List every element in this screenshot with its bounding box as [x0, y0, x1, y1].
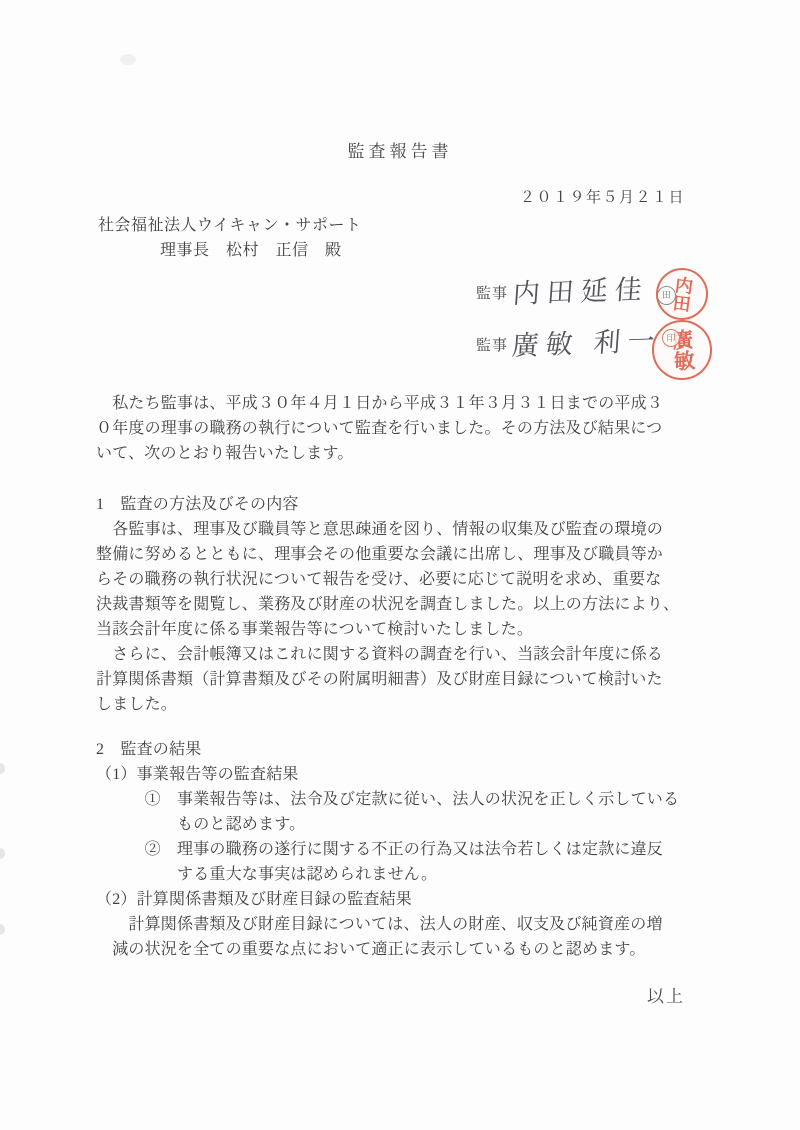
auditor2-handwritten-signature: 廣敏 利一	[511, 319, 663, 363]
auditor2-small-seal-kanji: 印	[666, 334, 675, 343]
scan-smudge	[120, 54, 136, 65]
auditor1-small-seal-mark: 田	[657, 286, 676, 305]
section1-methods: 1 監査の方法及びその内容 各監事は、理事及び職員等と意思疎通を図り、情報の収集…	[96, 492, 716, 717]
auditor2-role-label: 監事	[476, 334, 508, 355]
auditor2-small-seal-mark: 印	[662, 329, 680, 347]
closing-ijou: 以上	[647, 982, 685, 1007]
section2-body: （1）事業報告等の監査結果 ① 事業報告等は、法令及び定款に従い、法人の状況を正…	[96, 766, 679, 958]
addressee-person: 理事長 松村 正信 殿	[160, 237, 342, 260]
scan-artifact	[0, 924, 5, 935]
report-date: ２０１９年５月２１日	[520, 186, 685, 207]
scan-artifact	[0, 763, 5, 774]
section2-results: 2 監査の結果 （1）事業報告等の監査結果 ① 事業報告等は、法令及び定款に従い…	[96, 737, 716, 962]
auditor1-role-label: 監事	[476, 282, 508, 303]
scanned-audit-report-page: 監査報告書 ２０１９年５月２１日 社会福祉法人ウイキャン・サポート 理事長 松村…	[0, 0, 800, 1130]
auditor1-small-seal-kanji: 田	[662, 291, 671, 300]
scan-artifact	[0, 848, 5, 859]
section1-body: 各監事は、理事及び職員等と意思疎通を図り、情報の収集及び監査の環境の 整備に努め…	[96, 521, 679, 713]
section1-heading: 1 監査の方法及びその内容	[96, 496, 299, 513]
document-title: 監査報告書	[0, 137, 800, 162]
auditor1-handwritten-signature: 内田延佳	[512, 267, 651, 311]
addressee-organization: 社会福祉法人ウイキャン・サポート	[98, 212, 362, 235]
section2-heading: 2 監査の結果	[96, 741, 201, 758]
intro-paragraph: 私たち監事は、平成３０年４月１日から平成３１年３月３１日までの平成３ ０年度の理…	[96, 391, 716, 466]
